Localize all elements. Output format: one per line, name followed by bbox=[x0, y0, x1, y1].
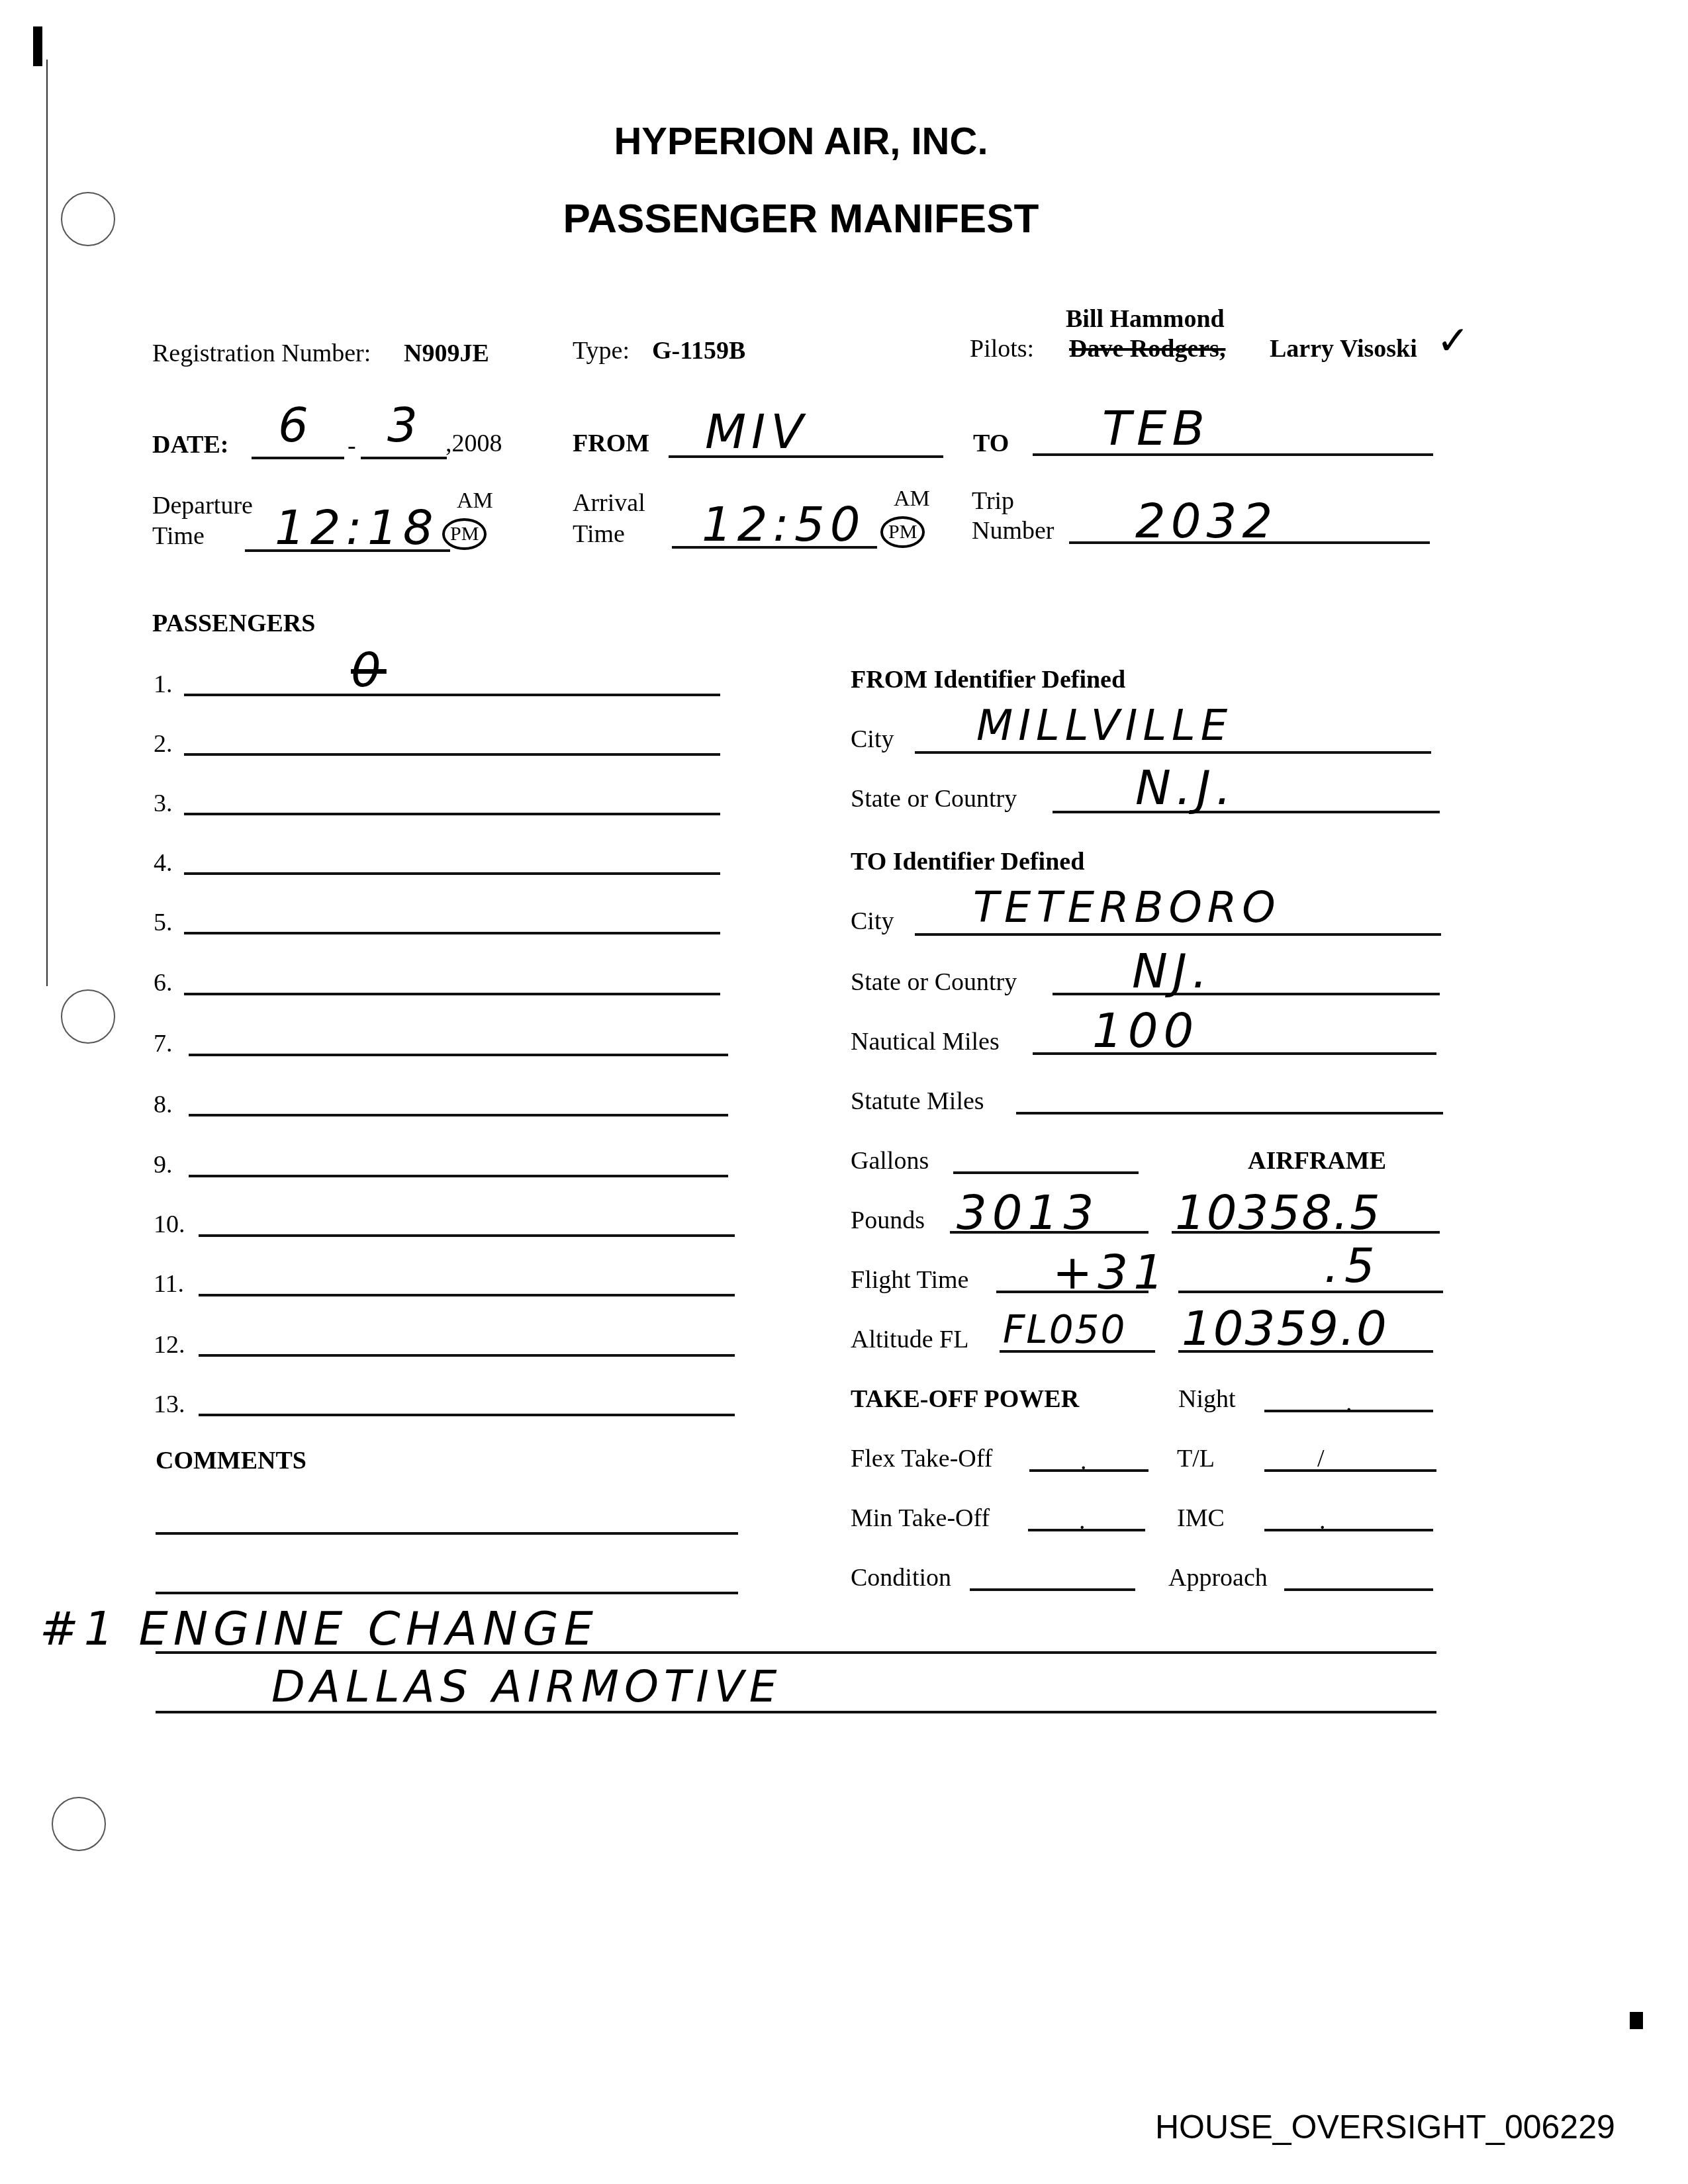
passenger-line[interactable] bbox=[189, 1054, 728, 1056]
min-takeoff-field[interactable] bbox=[1028, 1529, 1145, 1531]
registration-label: Registration Number: bbox=[152, 339, 371, 368]
arrival-time[interactable]: 12:50 bbox=[702, 496, 866, 552]
from-city-value[interactable]: MILLVILLE bbox=[976, 702, 1233, 751]
passenger-line[interactable] bbox=[199, 1414, 735, 1416]
from-identifier-heading: FROM Identifier Defined bbox=[851, 665, 1125, 694]
condition-field[interactable] bbox=[970, 1588, 1135, 1591]
comments-heading: COMMENTS bbox=[156, 1446, 306, 1475]
imc-dot: . bbox=[1319, 1506, 1326, 1535]
passenger-line[interactable] bbox=[189, 1114, 728, 1116]
passenger-row-num: 4. bbox=[154, 848, 173, 878]
pounds-value[interactable]: 3013 bbox=[957, 1185, 1099, 1240]
bates-number: HOUSE_OVERSIGHT_006229 bbox=[1155, 2108, 1615, 2146]
pilots-label: Pilots: bbox=[970, 334, 1034, 363]
min-dot: . bbox=[1079, 1506, 1086, 1535]
date-month[interactable]: 6 bbox=[278, 397, 314, 453]
scan-mark bbox=[1630, 2012, 1643, 2029]
departure-am: AM bbox=[457, 488, 493, 514]
flight-time-value[interactable]: +31 bbox=[1053, 1244, 1169, 1300]
gallons-field[interactable] bbox=[953, 1171, 1139, 1174]
from-state-label: State or Country bbox=[851, 784, 1017, 813]
statute-miles-label: Statute Miles bbox=[851, 1087, 984, 1116]
altitude-value[interactable]: FL050 bbox=[1003, 1307, 1126, 1352]
passenger-row-num: 3. bbox=[154, 789, 173, 818]
form-title: PASSENGER MANIFEST bbox=[0, 195, 1602, 242]
type-value: G-1159B bbox=[652, 336, 745, 365]
passenger-line[interactable] bbox=[199, 1354, 735, 1357]
company-name: HYPERION AIR, INC. bbox=[0, 119, 1602, 163]
to-state-value[interactable]: NJ. bbox=[1132, 943, 1213, 999]
to-value[interactable]: TEB bbox=[1102, 400, 1210, 456]
airframe-heading: AIRFRAME bbox=[1248, 1146, 1386, 1175]
to-city-value[interactable]: TETERBORO bbox=[973, 884, 1281, 933]
passenger-row-num: 13. bbox=[154, 1390, 185, 1419]
comment-line-2[interactable]: DALLAS AIRMOTIVE bbox=[271, 1661, 782, 1712]
passenger-line[interactable] bbox=[184, 753, 720, 756]
approach-label: Approach bbox=[1168, 1563, 1268, 1592]
passenger-row-num: 8. bbox=[154, 1090, 173, 1119]
trip-number[interactable]: 2032 bbox=[1135, 493, 1278, 549]
arrival-pm-circled[interactable]: PM bbox=[880, 516, 925, 548]
to-identifier-heading: TO Identifier Defined bbox=[851, 847, 1084, 876]
airframe-delta-value[interactable]: .5 bbox=[1324, 1238, 1380, 1293]
arrival-label-2: Time bbox=[573, 520, 625, 549]
night-label: Night bbox=[1178, 1385, 1236, 1414]
passengers-heading: PASSENGERS bbox=[152, 609, 315, 638]
binder-hole-middle bbox=[61, 989, 115, 1044]
departure-pm-circled[interactable]: PM bbox=[442, 518, 487, 550]
altitude-label: Altitude FL bbox=[851, 1325, 968, 1354]
from-state-value[interactable]: N.J. bbox=[1135, 760, 1237, 815]
night-dot: . bbox=[1346, 1388, 1352, 1418]
date-sep: - bbox=[348, 432, 356, 461]
passenger-row-num: 1. bbox=[154, 670, 173, 699]
passenger-row-num: 9. bbox=[154, 1150, 173, 1179]
passenger-row-num: 2. bbox=[154, 729, 173, 758]
scan-edge-mark bbox=[33, 26, 42, 66]
from-city-label: City bbox=[851, 725, 894, 754]
to-city-label: City bbox=[851, 907, 894, 936]
takeoff-power-heading: TAKE-OFF POWER bbox=[851, 1385, 1079, 1414]
tl-field[interactable] bbox=[1264, 1469, 1436, 1472]
passenger-line[interactable] bbox=[184, 993, 720, 995]
pilot-added: Bill Hammond bbox=[1066, 304, 1225, 334]
departure-label-1: Departure bbox=[152, 491, 253, 520]
airframe-end-value[interactable]: 10359.0 bbox=[1182, 1300, 1388, 1356]
statute-miles-field[interactable] bbox=[1016, 1112, 1443, 1115]
approach-field[interactable] bbox=[1284, 1588, 1433, 1591]
date-year: ,2008 bbox=[445, 429, 502, 458]
tl-slash: / bbox=[1317, 1444, 1325, 1473]
pounds-label: Pounds bbox=[851, 1206, 925, 1235]
type-label: Type: bbox=[573, 336, 630, 365]
from-value[interactable]: MIV bbox=[705, 404, 809, 459]
to-state-label: State or Country bbox=[851, 968, 1017, 997]
arrival-am: AM bbox=[894, 486, 930, 512]
pilot-struck: Dave Rodgers, bbox=[1069, 334, 1225, 363]
passenger-line[interactable] bbox=[189, 1175, 728, 1177]
to-label: TO bbox=[973, 429, 1009, 458]
imc-field[interactable] bbox=[1264, 1529, 1433, 1531]
passenger-line[interactable] bbox=[184, 813, 720, 815]
trip-label-1: Trip bbox=[972, 486, 1014, 516]
passenger-row-num: 6. bbox=[154, 968, 173, 997]
condition-label: Condition bbox=[851, 1563, 951, 1592]
passenger-1-value[interactable]: 0 bbox=[351, 642, 387, 698]
trip-label-2: Number bbox=[972, 516, 1055, 545]
nautical-miles-label: Nautical Miles bbox=[851, 1027, 1000, 1056]
imc-label: IMC bbox=[1177, 1504, 1225, 1533]
from-label: FROM bbox=[573, 429, 649, 458]
airframe-start-value[interactable]: 10358.5 bbox=[1175, 1185, 1382, 1240]
check-mark-icon: ✓ bbox=[1436, 318, 1470, 364]
passenger-line[interactable] bbox=[184, 694, 720, 696]
pilot-2: Larry Visoski bbox=[1270, 334, 1417, 363]
passenger-row-num: 11. bbox=[154, 1269, 184, 1298]
flex-dot: . bbox=[1080, 1447, 1087, 1476]
comment-line-1[interactable]: #1 ENGINE CHANGE bbox=[40, 1602, 598, 1656]
passenger-line[interactable] bbox=[199, 1234, 735, 1237]
nautical-miles-value[interactable]: 100 bbox=[1092, 1003, 1199, 1058]
arrival-label-1: Arrival bbox=[573, 488, 645, 518]
registration-value: N909JE bbox=[404, 339, 489, 368]
passenger-line[interactable] bbox=[184, 932, 720, 934]
departure-label-2: Time bbox=[152, 522, 205, 551]
passenger-row-num: 12. bbox=[154, 1330, 185, 1359]
date-label: DATE: bbox=[152, 430, 228, 459]
tl-label: T/L bbox=[1177, 1444, 1215, 1473]
date-day[interactable]: 3 bbox=[387, 397, 423, 453]
passenger-line[interactable] bbox=[199, 1294, 735, 1297]
gallons-label: Gallons bbox=[851, 1146, 929, 1175]
passenger-row-num: 7. bbox=[154, 1029, 173, 1058]
flex-takeoff-field[interactable] bbox=[1029, 1469, 1149, 1472]
passenger-line[interactable] bbox=[184, 872, 720, 875]
min-takeoff-label: Min Take-Off bbox=[851, 1504, 990, 1533]
flex-takeoff-label: Flex Take-Off bbox=[851, 1444, 992, 1473]
passenger-row-num: 10. bbox=[154, 1210, 185, 1239]
passenger-row-num: 5. bbox=[154, 908, 173, 937]
departure-time[interactable]: 12:18 bbox=[275, 500, 439, 555]
binder-hole-bottom bbox=[52, 1797, 106, 1851]
flight-time-label: Flight Time bbox=[851, 1265, 968, 1295]
